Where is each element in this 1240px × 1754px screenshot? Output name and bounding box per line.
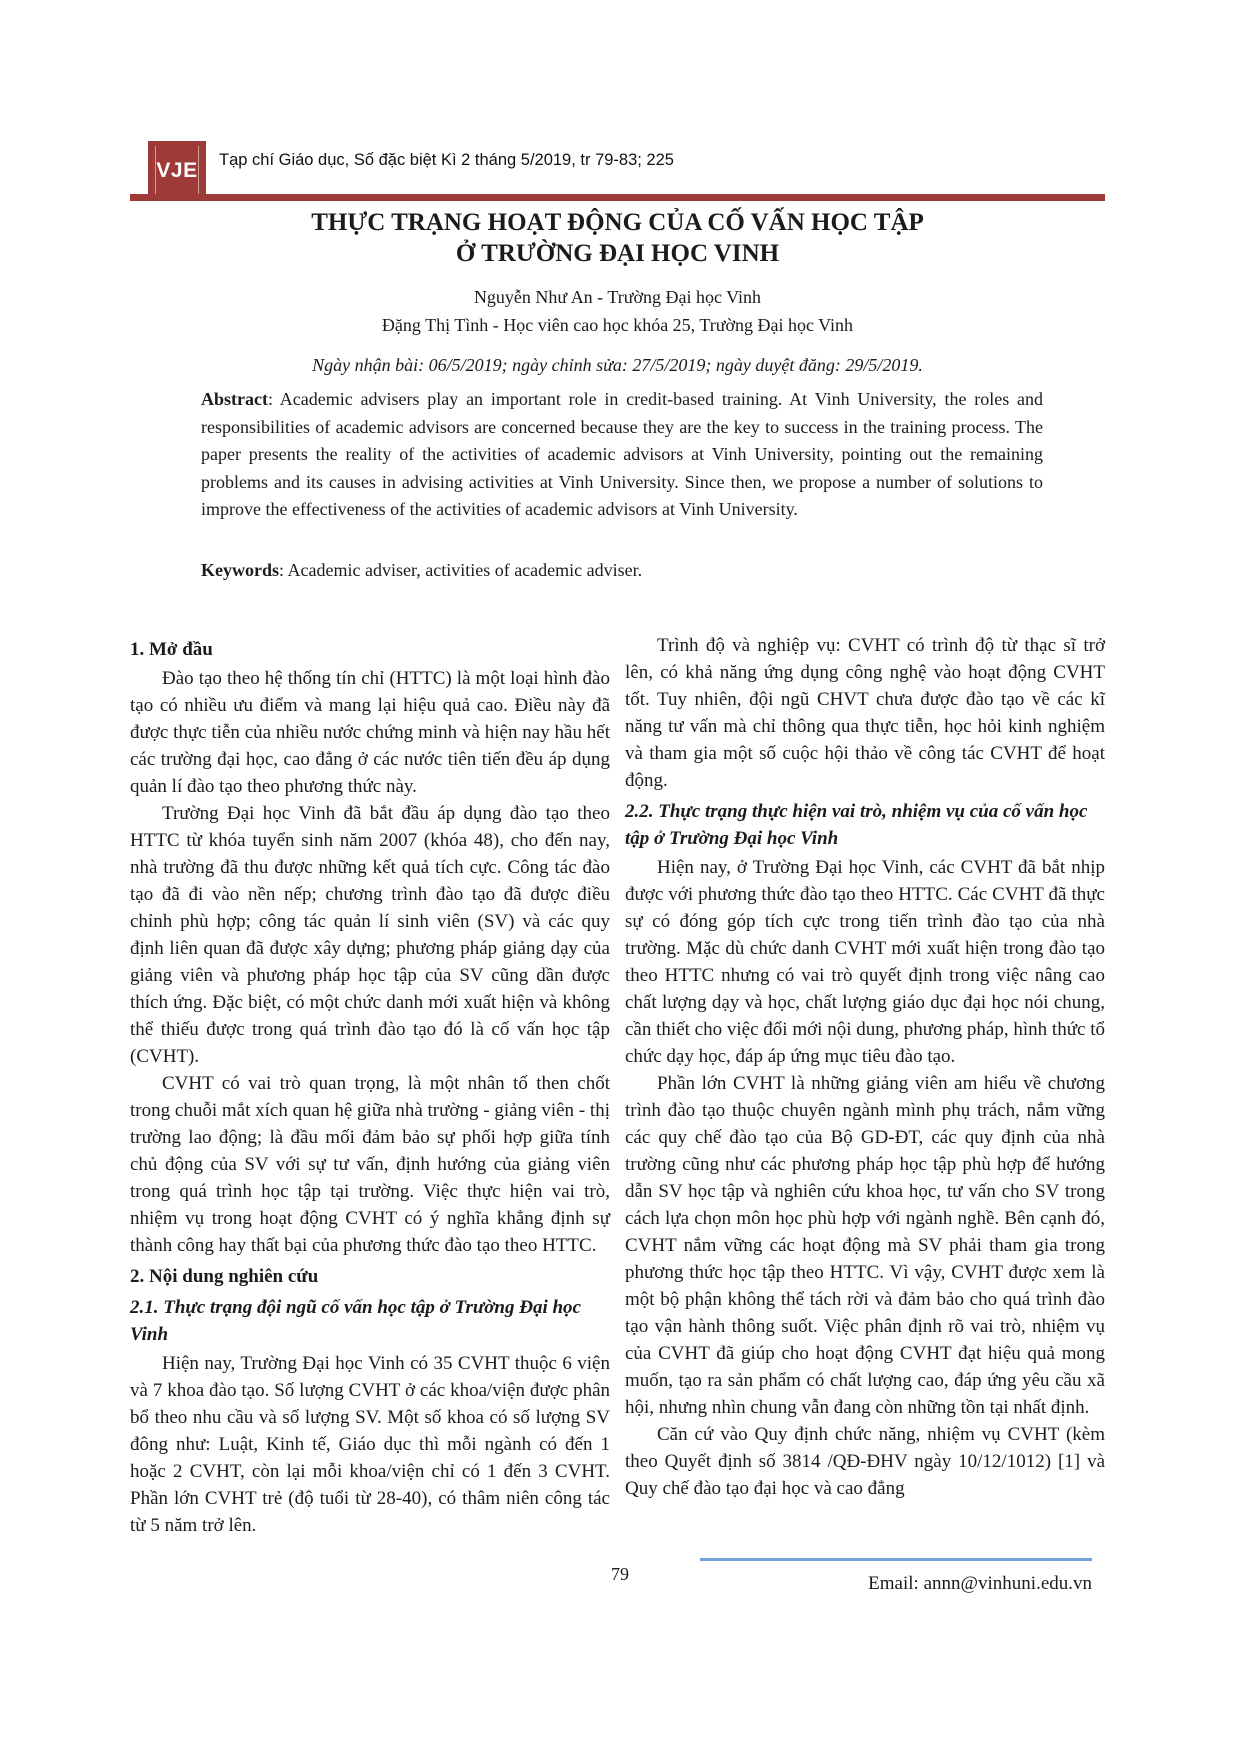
paper-title-line2: Ở TRƯỜNG ĐẠI HỌC VINH — [130, 238, 1105, 269]
paragraph: Căn cứ vào Quy định chức năng, nhiệm vụ … — [625, 1421, 1105, 1502]
section-2-1-heading: 2.1. Thực trạng đội ngũ cố vấn học tập ở… — [130, 1294, 610, 1348]
abstract: Abstract: Academic advisers play an impo… — [201, 386, 1043, 524]
journal-header-line: Tạp chí Giáo dục, Số đặc biệt Kì 2 tháng… — [219, 151, 674, 170]
vje-logo: VJE — [148, 141, 206, 200]
abstract-label: Abstract — [201, 389, 268, 409]
keywords-text: : Academic adviser, activities of academ… — [279, 560, 642, 580]
right-column: Trình độ và nghiệp vụ: CVHT có trình độ … — [625, 632, 1105, 1539]
paragraph: Trường Đại học Vinh đã bắt đầu áp dụng đ… — [130, 800, 610, 1070]
paper-title-line1: THỰC TRẠNG HOẠT ĐỘNG CỦA CỐ VẤN HỌC TẬP — [130, 207, 1105, 238]
section-2-2-heading: 2.2. Thực trạng thực hiện vai trò, nhiệm… — [625, 798, 1105, 852]
author-block: Nguyễn Như An - Trường Đại học Vinh Đặng… — [130, 283, 1105, 339]
journal-page: VJE Tạp chí Giáo dục, Số đặc biệt Kì 2 t… — [0, 0, 1240, 1754]
vje-logo-text: VJE — [156, 159, 197, 183]
keywords: Keywords: Academic adviser, activities o… — [201, 560, 1043, 581]
paragraph: Đào tạo theo hệ thống tín chỉ (HTTC) là … — [130, 665, 610, 800]
header-rule — [130, 194, 1105, 201]
author-line-2: Đặng Thị Tình - Học viên cao học khóa 25… — [130, 311, 1105, 339]
footer-rule — [700, 1558, 1092, 1561]
paragraph: Trình độ và nghiệp vụ: CVHT có trình độ … — [625, 632, 1105, 794]
paragraph: Hiện nay, Trường Đại học Vinh có 35 CVHT… — [130, 1350, 610, 1539]
paragraph: Hiện nay, ở Trường Đại học Vinh, các CVH… — [625, 854, 1105, 1070]
body-columns: 1. Mở đầu Đào tạo theo hệ thống tín chỉ … — [130, 632, 1105, 1539]
section-2-heading: 2. Nội dung nghiên cứu — [130, 1263, 610, 1290]
paper-title: THỰC TRẠNG HOẠT ĐỘNG CỦA CỐ VẤN HỌC TẬP … — [130, 207, 1105, 269]
contact-email: Email: annn@vinhuni.edu.vn — [640, 1573, 1092, 1595]
section-1-heading: 1. Mở đầu — [130, 636, 610, 663]
author-line-1: Nguyễn Như An - Trường Đại học Vinh — [130, 283, 1105, 311]
left-column: 1. Mở đầu Đào tạo theo hệ thống tín chỉ … — [130, 632, 610, 1539]
paragraph: CVHT có vai trò quan trọng, là một nhân … — [130, 1070, 610, 1259]
keywords-label: Keywords — [201, 560, 279, 580]
received-dates-line: Ngày nhận bài: 06/5/2019; ngày chỉnh sửa… — [130, 355, 1105, 376]
abstract-text: : Academic advisers play an important ro… — [201, 389, 1043, 519]
paragraph: Phần lớn CVHT là những giảng viên am hiể… — [625, 1070, 1105, 1421]
